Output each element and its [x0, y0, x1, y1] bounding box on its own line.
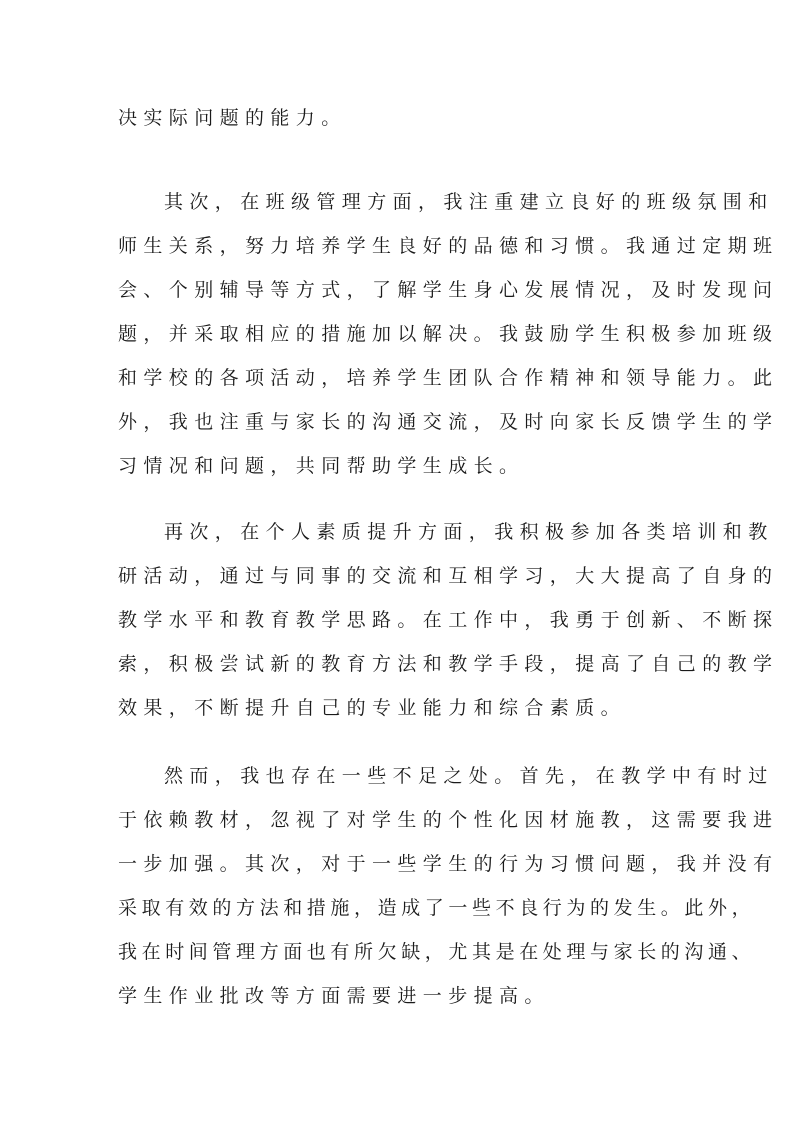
paragraph-line: 我在时间管理方面也有所欠缺，尤其是在处理与家长的沟通、 — [118, 940, 688, 964]
paragraph-line: 采取有效的方法和措施，造成了一些不良行为的发生。此外， — [118, 896, 688, 920]
paragraph-line: 研活动，通过与同事的交流和互相学习，大大提高了自身的 — [118, 564, 688, 588]
paragraph-line: 其次，在班级管理方面，我注重建立良好的班级氛围和 — [164, 190, 734, 214]
document-page: 决实际问题的能力。 其次，在班级管理方面，我注重建立良好的班级氛围和 师生关系，… — [0, 0, 793, 1122]
paragraph-line: 再次，在个人素质提升方面，我积极参加各类培训和教 — [164, 520, 734, 544]
paragraph-line: 外，我也注重与家长的沟通交流，及时向家长反馈学生的学 — [118, 410, 688, 434]
paragraph-line: 一步加强。其次，对于一些学生的行为习惯问题，我并没有 — [118, 852, 688, 876]
paragraph-line: 学生作业批改等方面需要进一步提高。 — [118, 984, 688, 1008]
paragraph-line: 效果，不断提升自己的专业能力和综合素质。 — [118, 696, 688, 720]
paragraph-line: 然而，我也存在一些不足之处。首先，在教学中有时过 — [164, 764, 734, 788]
paragraph-line: 师生关系，努力培养学生良好的品德和习惯。我通过定期班 — [118, 234, 688, 258]
paragraph-line: 习情况和问题，共同帮助学生成长。 — [118, 454, 688, 478]
paragraph-line: 会、个别辅导等方式，了解学生身心发展情况，及时发现问 — [118, 278, 688, 302]
paragraph-line: 决实际问题的能力。 — [118, 106, 688, 130]
paragraph-line: 题，并采取相应的措施加以解决。我鼓励学生积极参加班级 — [118, 322, 688, 346]
paragraph-line: 于依赖教材，忽视了对学生的个性化因材施教，这需要我进 — [118, 808, 688, 832]
paragraph-line: 和学校的各项活动，培养学生团队合作精神和领导能力。此 — [118, 366, 688, 390]
paragraph-line: 教学水平和教育教学思路。在工作中，我勇于创新、不断探 — [118, 608, 688, 632]
paragraph-line: 索，积极尝试新的教育方法和教学手段，提高了自己的教学 — [118, 652, 688, 676]
